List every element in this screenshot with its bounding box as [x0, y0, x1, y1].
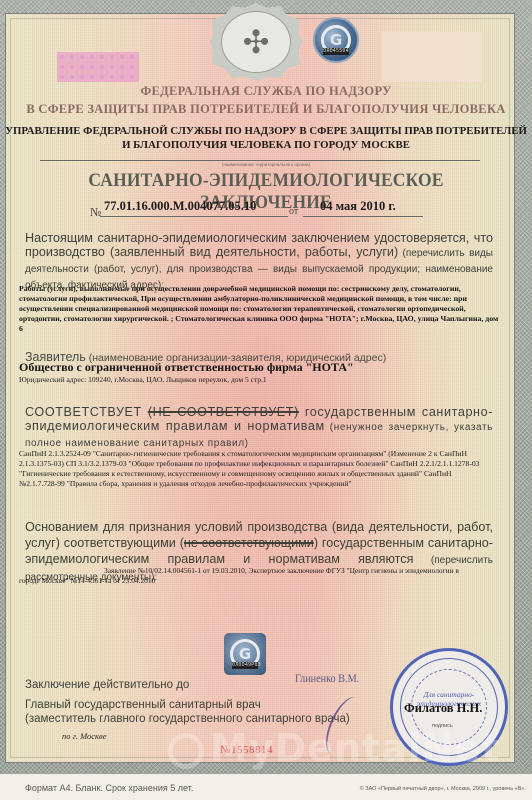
- blank-patch: [382, 32, 482, 82]
- date-underline: [303, 216, 423, 217]
- signatory-title-line-2: (заместитель главного государственного с…: [25, 713, 350, 725]
- activity-value: Работы (услуги), выполняемые при осущест…: [19, 284, 501, 334]
- form-serial-number: №1558814: [220, 744, 273, 756]
- hologram-seal-icon: G ОЯ045504: [313, 17, 359, 63]
- format-note: Формат А4. Бланк. Срок хранения 5 лет.: [25, 783, 193, 793]
- state-emblem-icon: ✣: [221, 11, 291, 73]
- sanitary-rules-value: СанПиН 2.1.3.2524-09 "Санитарно-гигиенич…: [19, 449, 489, 489]
- hologram-serial: 0Л0049Р03: [232, 662, 258, 669]
- department-name-line-2: И БЛАГОПОЛУЧИЯ ЧЕЛОВЕКА ПО ГОРОДУ МОСКВЕ: [0, 138, 532, 152]
- compliance-paragraph: СООТВЕТСТВУЕТ (НЕ СООТВЕТСТВУЕТ) государ…: [25, 405, 493, 451]
- number-sign: №: [90, 205, 101, 220]
- agency-name-line-1: ФЕДЕРАЛЬНАЯ СЛУЖБА ПО НАДЗОРУ: [0, 84, 532, 99]
- not-complies-struck: (НЕ СООТВЕТСТВУЕТ): [148, 405, 299, 419]
- hologram-seal-icon: G 0Л0049Р03: [224, 633, 266, 675]
- validity-label: Заключение действительно до: [25, 679, 189, 691]
- department-caption: (наименование территориального органа): [0, 162, 532, 167]
- number-underline: [100, 216, 288, 217]
- security-pattern-patch: [57, 52, 139, 82]
- document-number-row: № 77.01.16.000.М.004077.05.10 от 04 мая …: [0, 199, 532, 221]
- department-name: УПРАВЛЕНИЕ ФЕДЕРАЛЬНОЙ СЛУЖБЫ ПО НАДЗОРУ…: [0, 124, 532, 152]
- signatory-title-line-1: Главный государственный санитарный врач: [25, 699, 261, 711]
- name-stamp: Глиненко В.М.: [295, 671, 359, 686]
- basis-struck: не соответствующими: [184, 536, 314, 550]
- signatory-city: по г. Москве: [62, 731, 107, 741]
- department-name-line-1: УПРАВЛЕНИЕ ФЕДЕРАЛЬНОЙ СЛУЖБЫ ПО НАДЗОРУ…: [0, 124, 532, 138]
- signer-name: Филатов Н.Н.: [404, 701, 482, 716]
- document-number: 77.01.16.000.М.004077.05.10: [104, 199, 256, 214]
- complies-text: СООТВЕТСТВУЕТ: [25, 405, 148, 419]
- printer-note: © ЗАО «Первый печатный двор», г. Москва,…: [360, 786, 526, 792]
- hologram-serial: ОЯ045504: [323, 48, 349, 55]
- date-prefix: от: [289, 206, 298, 217]
- document-date: 04 мая 2010 г.: [320, 199, 396, 214]
- applicant-address: Юридический адрес: 109240, г.Москва, ЦАО…: [19, 375, 267, 384]
- signature-caption: подпись: [432, 723, 453, 729]
- basis-documents-line-2: городе Москве" №14-4561-1а от 23.04.2010: [19, 576, 155, 585]
- basis-documents-line-1: Заявление №10/02.14.004561-1 от 19.03.20…: [104, 566, 459, 575]
- applicant-name: Общество с ограниченной ответственностью…: [19, 360, 354, 375]
- department-underline: [40, 160, 480, 161]
- agency-name-line-2: В СФЕРЕ ЗАЩИТЫ ПРАВ ПОТРЕБИТЕЛЕЙ И БЛАГО…: [0, 102, 532, 117]
